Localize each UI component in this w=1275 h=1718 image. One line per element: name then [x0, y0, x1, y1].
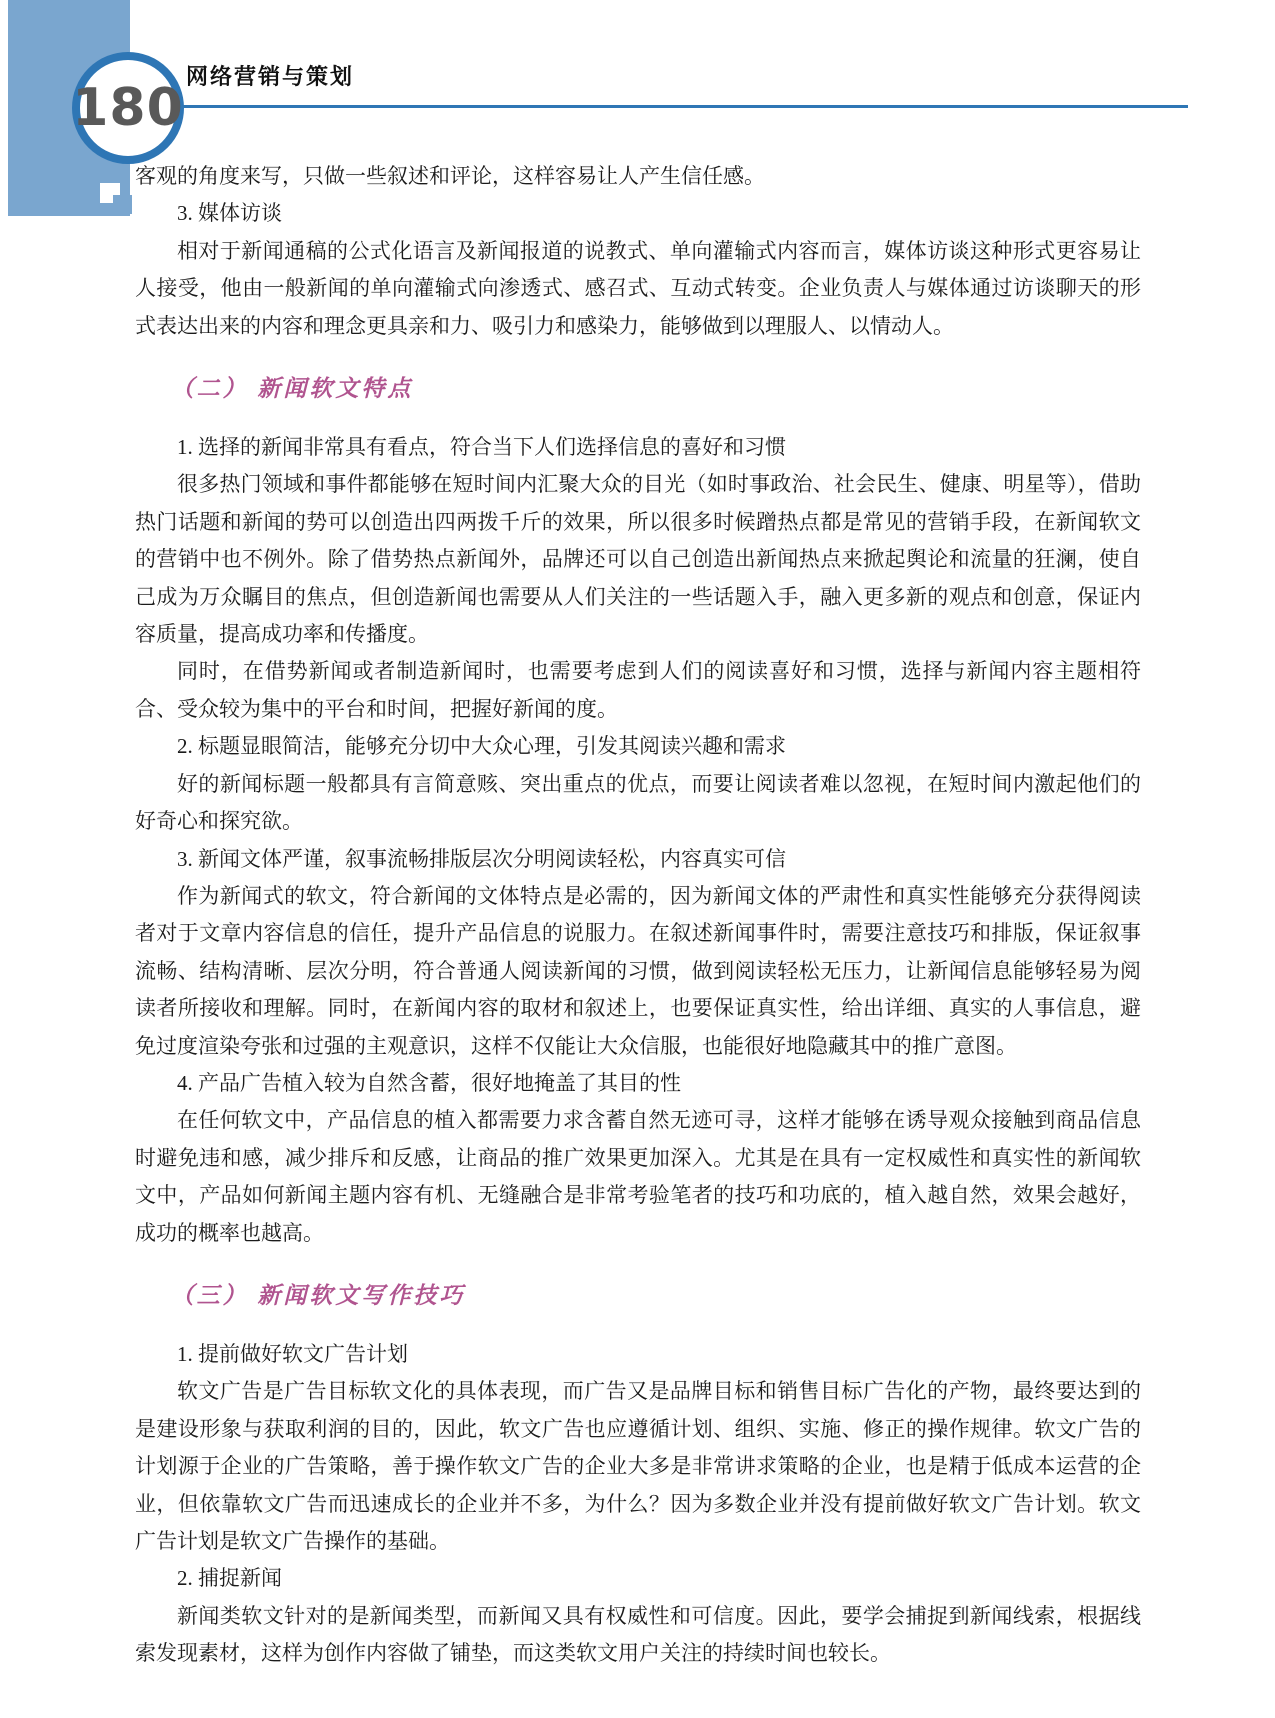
corner-decoration-square: [113, 195, 132, 214]
page-body: 客观的角度来写，只做一些叙述和评论，这样容易让人产生信任感。3. 媒体访谈相对于…: [135, 158, 1141, 1673]
section-heading: （二） 新闻软文特点: [135, 369, 1141, 409]
paragraph: 好的新闻标题一般都具有言简意赅、突出重点的优点，而要让阅读者难以忽视，在短时间内…: [135, 766, 1141, 841]
subhead: 3. 新闻文体严谨，叙事流畅排版层次分明阅读轻松，内容真实可信: [135, 841, 1141, 878]
paragraph: 相对于新闻通稿的公式化语言及新闻报道的说教式、单向灌输式内容而言，媒体访谈这种形…: [135, 233, 1141, 345]
running-head-title: 网络营销与策划: [186, 60, 354, 91]
paragraph: 作为新闻式的软文，符合新闻的文体特点是必需的，因为新闻文体的严肃性和真实性能够充…: [135, 878, 1141, 1065]
header-rule: [150, 105, 1188, 108]
paragraph: 同时，在借势新闻或者制造新闻时，也需要考虑到人们的阅读喜好和习惯，选择与新闻内容…: [135, 653, 1141, 728]
paragraph: 软文广告是广告目标软文化的具体表现，而广告又是品牌目标和销售目标广告化的产物，最…: [135, 1373, 1141, 1560]
subhead: 2. 标题显眼简洁，能够充分切中大众心理，引发其阅读兴趣和需求: [135, 728, 1141, 765]
section-heading: （三） 新闻软文写作技巧: [135, 1276, 1141, 1316]
page-number-badge: 180: [72, 52, 184, 164]
paragraph: 客观的角度来写，只做一些叙述和评论，这样容易让人产生信任感。: [135, 158, 1141, 195]
paragraph: 在任何软文中，产品信息的植入都需要力求含蓄自然无迹可寻，这样才能够在诱导观众接触…: [135, 1102, 1141, 1252]
book-page: 180 网络营销与策划 客观的角度来写，只做一些叙述和评论，这样容易让人产生信任…: [0, 0, 1275, 1718]
subhead: 1. 提前做好软文广告计划: [135, 1336, 1141, 1373]
paragraph: 很多热门领域和事件都能够在短时间内汇聚大众的目光（如时事政治、社会民生、健康、明…: [135, 466, 1141, 653]
page-number: 180: [72, 82, 184, 134]
subhead: 3. 媒体访谈: [135, 195, 1141, 232]
subhead: 4. 产品广告植入较为自然含蓄，很好地掩盖了其目的性: [135, 1065, 1141, 1102]
subhead: 1. 选择的新闻非常具有看点，符合当下人们选择信息的喜好和习惯: [135, 429, 1141, 466]
subhead: 2. 捕捉新闻: [135, 1560, 1141, 1597]
paragraph: 新闻类软文针对的是新闻类型，而新闻又具有权威性和可信度。因此，要学会捕捉到新闻线…: [135, 1598, 1141, 1673]
